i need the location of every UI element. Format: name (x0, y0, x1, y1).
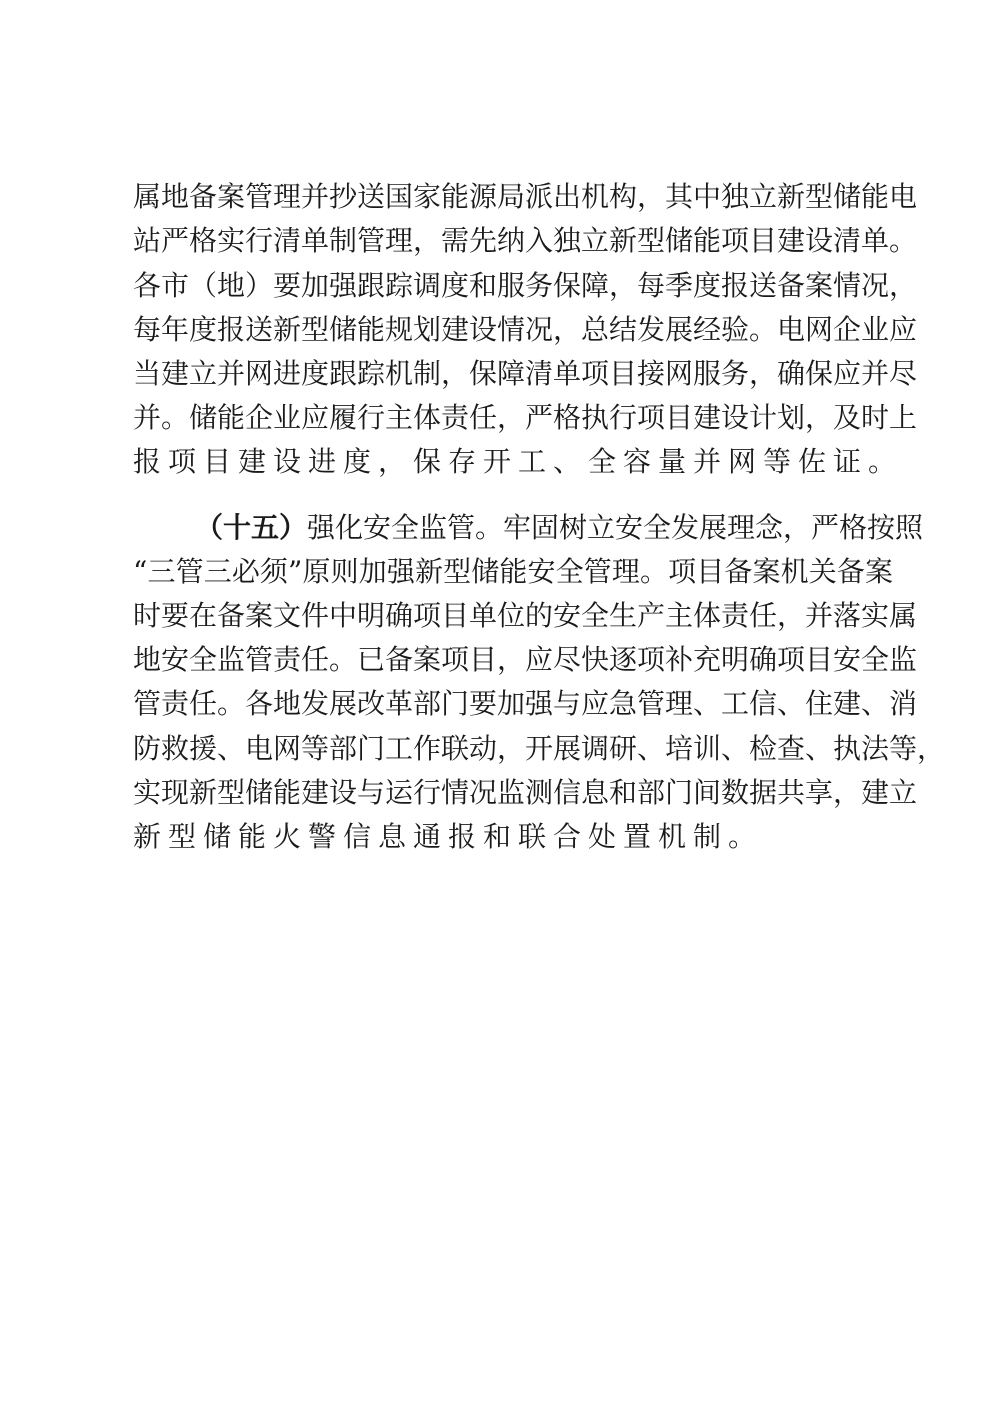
document-page: 属地备案管理并抄送国家能源局派出机构，其中独立新型储能电 站严格实行清单制管理，… (0, 0, 1000, 1414)
text-line: 每年度报送新型储能规划建设情况，总结发展经验。电网企业应 (133, 308, 893, 352)
text-line: 站严格实行清单制管理，需先纳入独立新型储能项目建设清单。 (133, 219, 893, 263)
text-line: 并。储能企业应履行主体责任，严格执行项目建设计划，及时上 (133, 396, 893, 440)
text-line: 管责任。各地发展改革部门要加强与应急管理、工信、住建、消 (133, 682, 893, 726)
section-heading: （十五） (195, 511, 307, 544)
text-line-first: （十五）强化安全监管。牢固树立安全发展理念，严格按照 (195, 506, 893, 550)
text-line: 新型储能火警信息通报和联合处置机制。 (133, 815, 893, 859)
text-line: 地安全监管责任。已备案项目，应尽快逐项补充明确项目安全监 (133, 638, 893, 682)
text-line: 属地备案管理并抄送国家能源局派出机构，其中独立新型储能电 (133, 175, 893, 219)
text-line: 报项目建设进度，保存开工、全容量并网等佐证。 (133, 440, 893, 484)
text-line: 时要在备案文件中明确项目单位的安全生产主体责任，并落实属 (133, 594, 893, 638)
text-line: 实现新型储能建设与运行情况监测信息和部门间数据共享，建立 (133, 771, 893, 815)
text-line: “三管三必须”原则加强新型储能安全管理。项目备案机关备案 (133, 550, 893, 594)
text-line: 各市（地）要加强跟踪调度和服务保障，每季度报送备案情况， (133, 264, 893, 308)
section-heading-text: 强化安全监管。牢固树立安全发展理念，严格按照 (307, 511, 923, 544)
text-line: 防救援、电网等部门工作联动，开展调研、培训、检查、执法等， (133, 727, 893, 771)
text-line: 当建立并网进度跟踪机制，保障清单项目接网服务，确保应并尽 (133, 352, 893, 396)
